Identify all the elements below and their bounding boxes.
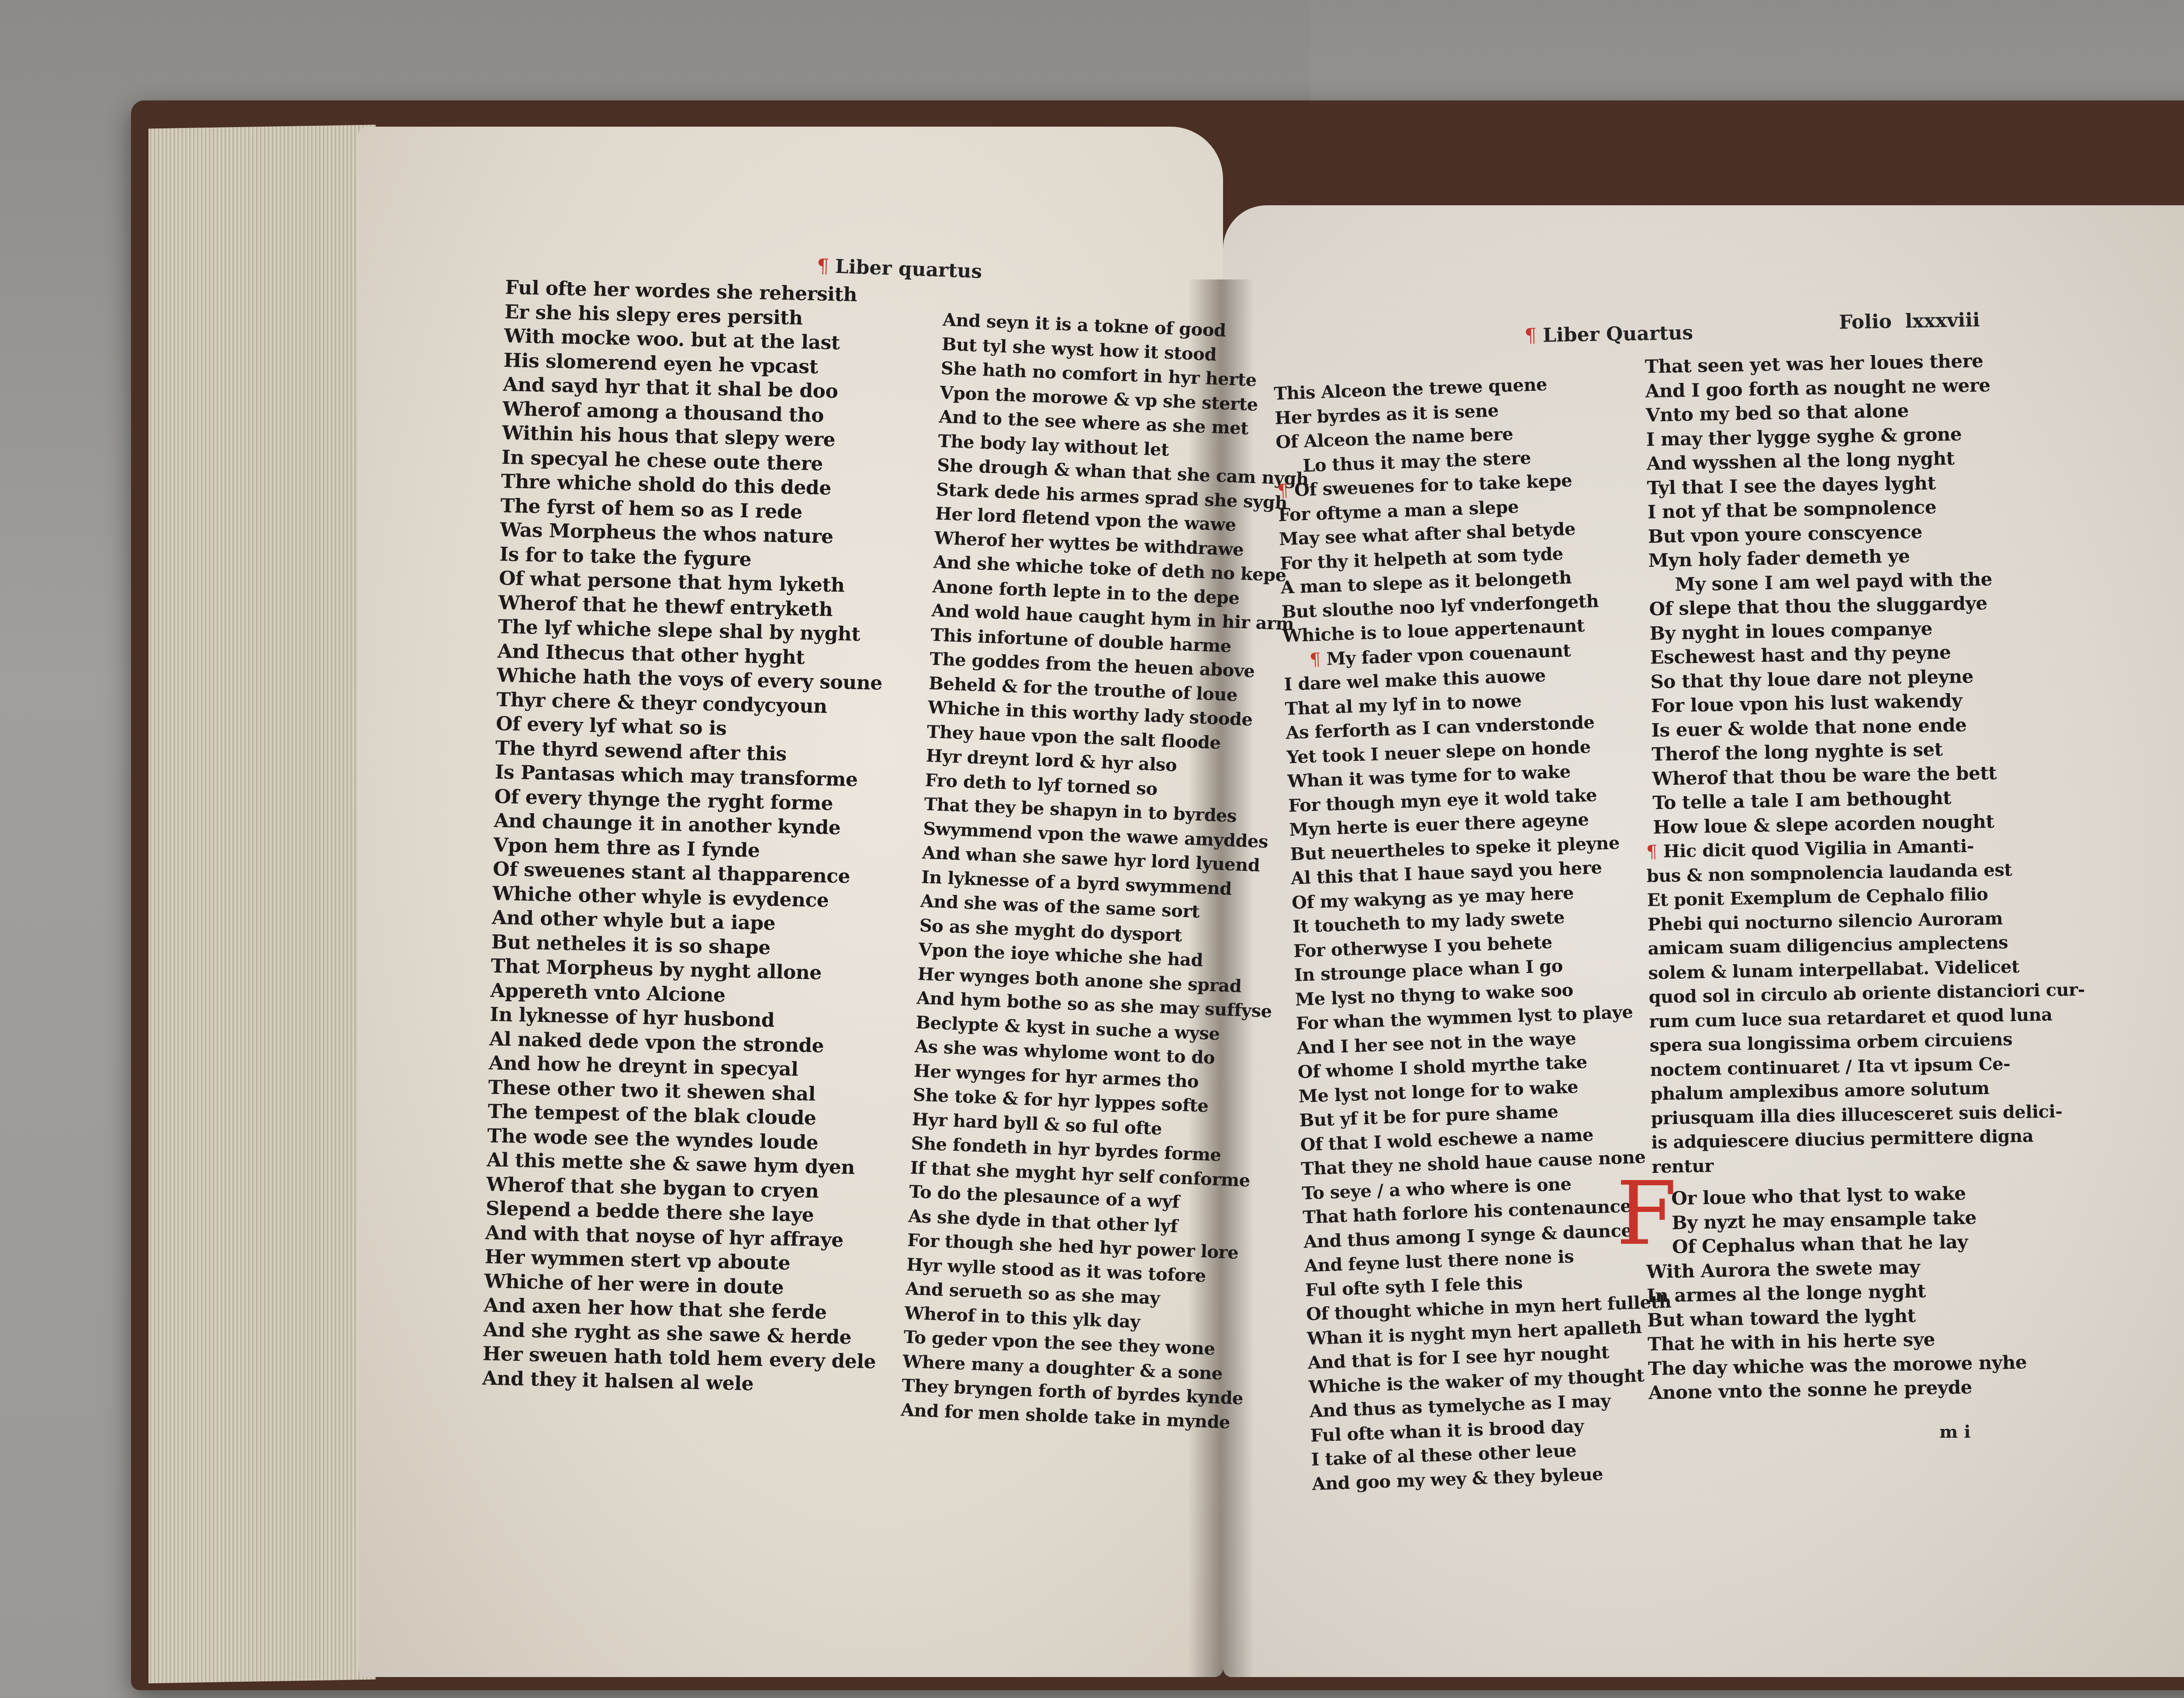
folio-value: lxxxviii [1905, 309, 1980, 332]
pilcrow-icon: ¶ [1277, 480, 1289, 501]
pilcrow-icon: ¶ [1309, 649, 1321, 670]
latin-gloss-paragraph: ¶Hic dicit quod Vigilia in Amanti-bus & … [1646, 832, 2088, 1179]
folio-label: Folio [1839, 311, 1892, 334]
signature-mark: m i [1939, 1422, 1970, 1442]
right-page-column-2-verse: That seen yet was her loues thereAnd I g… [1645, 349, 1998, 839]
right-running-head: ¶Liber Quartus [1524, 322, 1693, 347]
right-page-column-1: This Alceon the trewe queneHer byrdes as… [1274, 369, 1678, 1497]
pilcrow-icon: ¶ [816, 255, 829, 277]
page-block-left [149, 124, 376, 1683]
folio-number: Folio lxxxviii [1839, 309, 1980, 334]
pilcrow-icon: ¶ [1524, 324, 1537, 347]
right-page-column-2-after-initial: Or loue who that lyst to wakeBy nyzt he … [1645, 1180, 2028, 1405]
left-page-column-1: Ful ofte her wordes she rehersithEr she … [482, 276, 898, 1398]
left-page-column-2: And seyn it is a tokne of goodBut tyl sh… [900, 308, 1314, 1436]
pilcrow-icon: ¶ [1646, 842, 1657, 862]
running-head-text: Liber Quartus [1543, 322, 1693, 347]
